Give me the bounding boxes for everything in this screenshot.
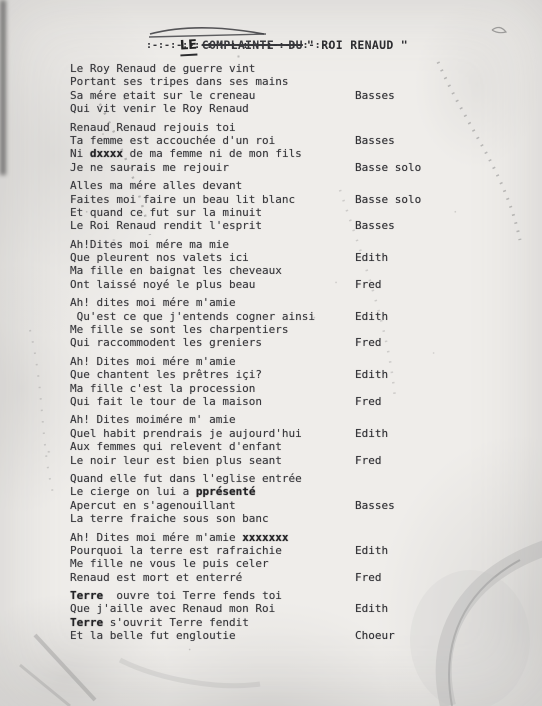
- scan-edge-artifact: [0, 0, 6, 175]
- lyric-line: Renaud Renaud rejouis toi: [70, 121, 500, 134]
- lyric-text: Que j'aille avec Renaud mon Roi: [70, 602, 275, 615]
- typewritten-content: LECOMPLAINTE DU" ROI RENAUD " :-:-:-:-:-…: [70, 24, 500, 648]
- lyric-line: Le cierge on lui a pprésenté: [70, 485, 500, 498]
- lyrics: Le Roy Renaud de guerre vintPortant ses …: [70, 62, 500, 643]
- lyric-text: Ni dxxxx de ma femme ni de mon fils: [70, 147, 302, 160]
- lyric-line: Alles ma mére alles devant: [70, 179, 500, 192]
- stanza: Terre ouvre toi Terre fends toiQue j'ail…: [70, 589, 500, 643]
- lyric-text: Ont laissé noyé le plus beau: [70, 278, 255, 291]
- voice-label: Basse solo: [355, 161, 421, 174]
- voice-label: Fred: [355, 336, 382, 349]
- lyric-text: Alles ma mére alles devant: [70, 179, 242, 192]
- lyric-line: Terre s'ouvrit Terre fendit: [70, 616, 500, 629]
- voice-label: Basses: [355, 219, 395, 232]
- stanza: Ah!Dites moi mére ma mieQue pleurent nos…: [70, 238, 500, 292]
- lyric-text: Terre s'ouvrit Terre fendit: [70, 616, 249, 629]
- lyric-line: Le Roi Renaud rendit l'espritBasses: [70, 219, 500, 232]
- lyric-line: Qui fait le tour de la maisonFred: [70, 395, 500, 408]
- lyric-line: Et la belle fut engloutieChoeur: [70, 629, 500, 642]
- voice-label: Fred: [355, 395, 382, 408]
- lyric-text: Je ne saurais me rejouir: [70, 161, 229, 174]
- overtyped-text: xxxxxxx: [242, 531, 288, 544]
- voice-label: Basse solo: [355, 193, 421, 206]
- lyric-line: Ah! Dites moi mére m'amie xxxxxxx: [70, 531, 500, 544]
- lyric-line: Apercut en s'agenouillantBasses: [70, 499, 500, 512]
- voice-label: Edith: [355, 368, 388, 381]
- lyric-text: Pourquoi la terre est rafraichie: [70, 544, 282, 557]
- lyric-line: Que j'aille avec Renaud mon RoiEdith: [70, 602, 500, 615]
- lyric-line: Me fille ne vous le puis celer: [70, 557, 500, 570]
- voice-label: Edith: [355, 427, 388, 440]
- lyric-text: Ma fille en baignat les cheveaux: [70, 264, 282, 277]
- lyric-text: Ah! dites moi mére m'amie: [70, 296, 236, 309]
- voice-label: Edith: [355, 544, 388, 557]
- lyric-text: Ma fille c'est la procession: [70, 382, 255, 395]
- lyric-text: Ah! Dites moi mére m'amie: [70, 355, 236, 368]
- lyric-text: Portant ses tripes dans ses mains: [70, 75, 289, 88]
- voice-label: Edith: [355, 251, 388, 264]
- voice-label: Fred: [355, 454, 382, 467]
- voice-label: Edith: [355, 310, 388, 323]
- lyric-line: Que chantent les prêtres içi?Edith: [70, 368, 500, 381]
- lyric-line: Ni dxxxx de ma femme ni de mon fils: [70, 147, 500, 160]
- lyric-text: Quel habit prendrais je aujourd'hui: [70, 427, 302, 440]
- lyric-text: Qui vit venir le Roy Renaud: [70, 102, 249, 115]
- stanza: Le Roy Renaud de guerre vintPortant ses …: [70, 62, 500, 116]
- lyric-line: Ah! Dites moi mére m'amie: [70, 355, 500, 368]
- title-handwritten-le: LE: [179, 38, 197, 57]
- lyric-text: Le Roy Renaud de guerre vint: [70, 62, 255, 75]
- page-title: LECOMPLAINTE DU" ROI RENAUD ": [138, 24, 500, 40]
- overtyped-text: Terre: [70, 616, 103, 629]
- lyric-line: Me fille se sont les charpentiers: [70, 323, 500, 336]
- overtyped-text: dxxxx: [90, 147, 123, 160]
- scan-speckle-trail-left2: [30, 330, 55, 500]
- voice-label: Basses: [355, 89, 395, 102]
- lyric-text: Que chantent les prêtres içi?: [70, 368, 262, 381]
- lyric-line: Quel habit prendrais je aujourd'huiEdith: [70, 427, 500, 440]
- lyric-line: Je ne saurais me rejouirBasse solo: [70, 161, 500, 174]
- lyric-text: Me fille se sont les charpentiers: [70, 323, 289, 336]
- lyric-text: Le cierge on lui a pprésenté: [70, 485, 255, 498]
- lyric-text: Le Roi Renaud rendit l'esprit: [70, 219, 262, 232]
- scanned-song-sheet: LECOMPLAINTE DU" ROI RENAUD " :-:-:-:-:-…: [0, 0, 542, 706]
- lyric-line: Ma fille en baignat les cheveaux: [70, 264, 500, 277]
- lyric-text: Apercut en s'agenouillant: [70, 499, 236, 512]
- lyric-text: Renaud Renaud rejouis toi: [70, 121, 236, 134]
- lyric-line: Ah! Dites moimére m' amie: [70, 413, 500, 426]
- lyric-line: Le Roy Renaud de guerre vint: [70, 62, 500, 75]
- lyric-text: Ah! Dites moi mére m'amie xxxxxxx: [70, 531, 289, 544]
- lyric-text: Que pleurent nos valets ici: [70, 251, 249, 264]
- lyric-text: Ta femme est accouchée d'un roi: [70, 134, 275, 147]
- lyric-line: Quand elle fut dans l'eglise entrée: [70, 472, 500, 485]
- voice-label: Basses: [355, 499, 395, 512]
- lyric-line: Qui vit venir le Roy Renaud: [70, 102, 500, 115]
- voice-label: Fred: [355, 278, 382, 291]
- stanza: Alles ma mére alles devantFaites moi fai…: [70, 179, 500, 233]
- lyric-text: Aux femmes qui relevent d'enfant: [70, 440, 282, 453]
- lyric-text: Ah! Dites moimére m' amie: [70, 413, 236, 426]
- lyric-line: Faites moi faire un beau lit blancBasse …: [70, 193, 500, 206]
- lyric-line: Ah! dites moi mére m'amie: [70, 296, 500, 309]
- stanza: Renaud Renaud rejouis toiTa femme est ac…: [70, 121, 500, 175]
- lyric-text: Et la belle fut engloutie: [70, 629, 236, 642]
- lyric-text: Me fille ne vous le puis celer: [70, 557, 269, 570]
- lyric-line: Ma fille c'est la procession: [70, 382, 500, 395]
- lyric-line: Terre ouvre toi Terre fends toi: [70, 589, 500, 602]
- bottom-smudge: [120, 660, 260, 686]
- lyric-text: Qui raccommodent les greniers: [70, 336, 262, 349]
- lyric-line: Ah!Dites moi mére ma mie: [70, 238, 500, 251]
- voice-label: Choeur: [355, 629, 395, 642]
- lyric-line: Portant ses tripes dans ses mains: [70, 75, 500, 88]
- lyric-text: Et quand ce fut sur la minuit: [70, 206, 262, 219]
- lyric-text: Terre ouvre toi Terre fends toi: [70, 589, 282, 602]
- overtyped-text: pprésenté: [196, 485, 256, 498]
- lyric-line: Le noir leur est bien plus seantFred: [70, 454, 500, 467]
- voice-label: Basses: [355, 134, 395, 147]
- stanza: Quand elle fut dans l'eglise entréeLe ci…: [70, 472, 500, 526]
- lyric-text: Qu'est ce que j'entends cogner ainsi: [70, 310, 315, 323]
- lyric-line: Sa mére etait sur le creneauBasses: [70, 89, 500, 102]
- lyric-line: Qui raccommodent les greniersFred: [70, 336, 500, 349]
- lyric-line: La terre fraiche sous son banc: [70, 512, 500, 525]
- stanza: Ah! Dites moi mére m'amie xxxxxxxPourquo…: [70, 531, 500, 585]
- voice-label: Fred: [355, 571, 382, 584]
- lyric-line: Renaud est mort et enterréFred: [70, 571, 500, 584]
- overtyped-text: Terre: [70, 589, 103, 602]
- lyric-line: Ta femme est accouchée d'un roiBasses: [70, 134, 500, 147]
- lyric-text: Renaud est mort et enterré: [70, 571, 242, 584]
- lyric-text: Ah!Dites moi mére ma mie: [70, 238, 229, 251]
- lyric-line: Pourquoi la terre est rafraichieEdith: [70, 544, 500, 557]
- lyric-text: Qui fait le tour de la maison: [70, 395, 262, 408]
- lyric-line: Ont laissé noyé le plus beauFred: [70, 278, 500, 291]
- stanza: Ah! Dites moi mére m'amieQue chantent le…: [70, 355, 500, 409]
- voice-label: Edith: [355, 602, 388, 615]
- lyric-line: Aux femmes qui relevent d'enfant: [70, 440, 500, 453]
- lyric-text: Sa mére etait sur le creneau: [70, 89, 255, 102]
- lyric-text: La terre fraiche sous son banc: [70, 512, 269, 525]
- stanza: Ah! Dites moimére m' amieQuel habit pren…: [70, 413, 500, 467]
- lyric-text: Le noir leur est bien plus seant: [70, 454, 282, 467]
- bottom-left-streak2: [20, 665, 70, 706]
- lyric-text: Quand elle fut dans l'eglise entrée: [70, 472, 302, 485]
- lyric-line: Qu'est ce que j'entends cogner ainsiEdit…: [70, 310, 500, 323]
- lyric-text: Faites moi faire un beau lit blanc: [70, 193, 295, 206]
- lyric-line: Et quand ce fut sur la minuit: [70, 206, 500, 219]
- lyric-line: Que pleurent nos valets iciEdith: [70, 251, 500, 264]
- stanza: Ah! dites moi mére m'amie Qu'est ce que …: [70, 296, 500, 350]
